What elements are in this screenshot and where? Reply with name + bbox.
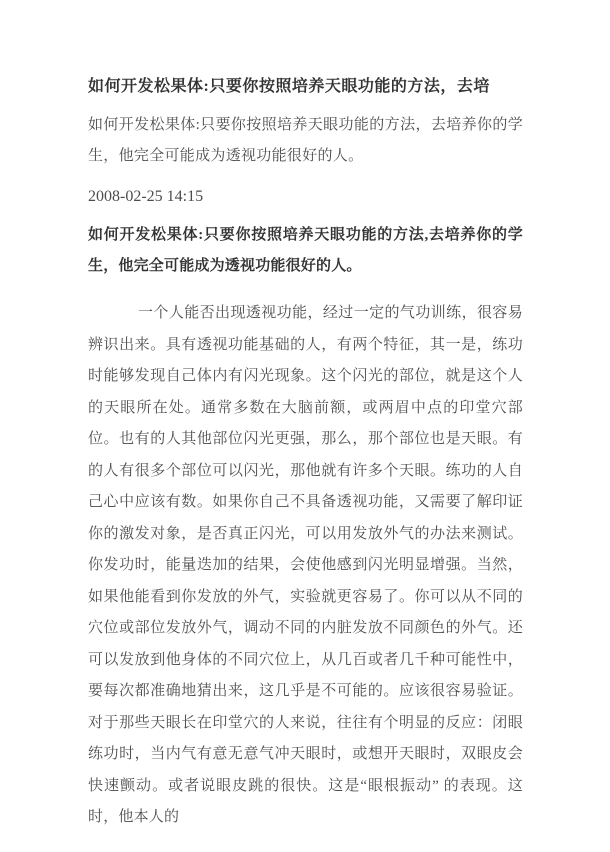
article-title: 如何开发松果体:只要你按照培养天眼功能的方法，去培 [88,72,523,102]
post-date: 2008-02-25 14:15 [88,182,523,212]
article-body: 一个人能否出现透视功能，经过一定的气功训练，很容易辨识出来。具有透视功能基础的人… [88,298,523,834]
article-subtitle: 如何开发松果体:只要你按照培养天眼功能的方法，去培养你的学生，他完全可能成为透视… [88,110,523,172]
article-heading: 如何开发松果体:只要你按照培养天眼功能的方法,去培养你的学生，他完全可能成为透视… [88,220,523,282]
article-page: 如何开发松果体:只要你按照培养天眼功能的方法，去培 如何开发松果体:只要你按照培… [0,0,610,852]
